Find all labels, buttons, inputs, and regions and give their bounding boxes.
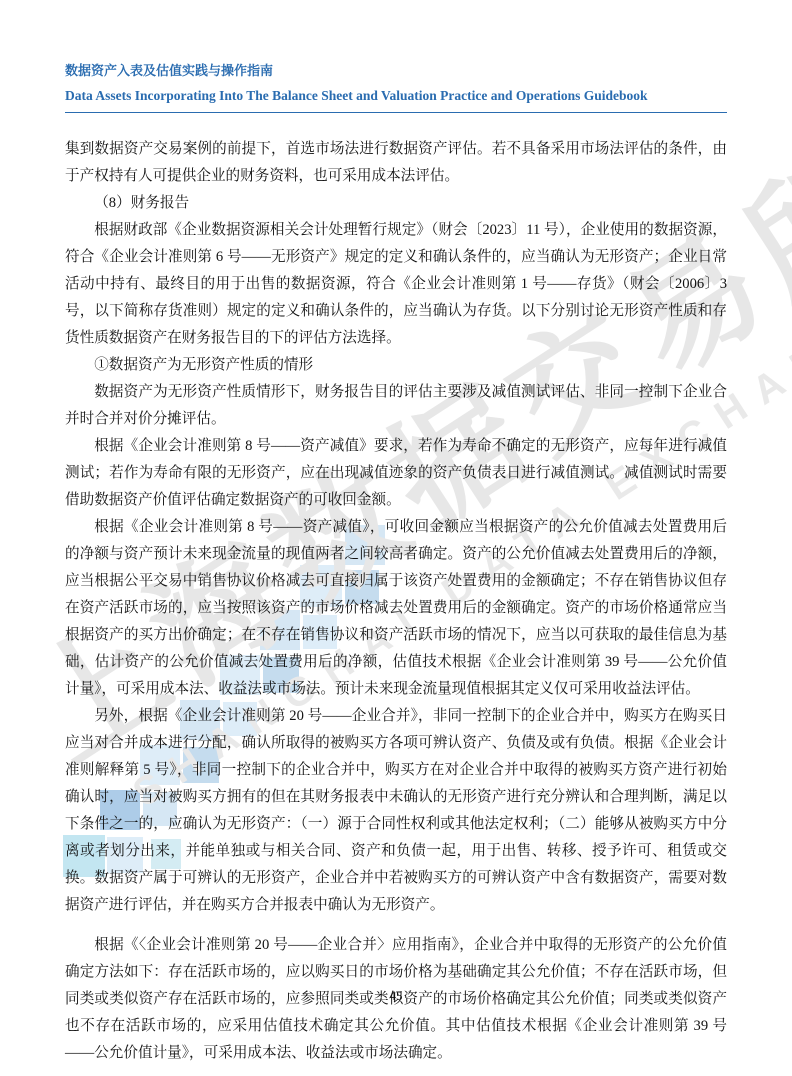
page-header: 数据资产入表及估值实践与操作指南 Data Assets Incorporati…	[65, 62, 727, 113]
paragraph: （8）财务报告	[65, 190, 727, 217]
paragraph: 集到数据资产交易案例的前提下，首选市场法进行数据资产评估。若不具备采用市场法评估…	[65, 136, 727, 190]
page-content: 数据资产入表及估值实践与操作指南 Data Assets Incorporati…	[65, 62, 727, 1067]
body-paragraphs: 集到数据资产交易案例的前提下，首选市场法进行数据资产评估。若不具备采用市场法评估…	[65, 136, 727, 1067]
document-page: 上海数据交易所 SHANGHAI DATA EXCHANGE 数据资产入表及估值…	[0, 0, 792, 1076]
page-footer: 45	[0, 988, 792, 1004]
paragraph: 数据资产为无形资产性质情形下，财务报告目的评估主要涉及减值测试评估、非同一控制下…	[65, 379, 727, 433]
header-title-zh: 数据资产入表及估值实践与操作指南	[65, 62, 727, 80]
page-number: 45	[390, 988, 403, 1003]
paragraph: 另外，根据《企业会计准则第 20 号——企业合并》，非同一控制下的企业合并中，购…	[65, 703, 727, 919]
paragraph: 根据财政部《企业数据资源相关会计处理暂行规定》（财会〔2023〕11 号），企业…	[65, 217, 727, 352]
paragraph: ①数据资产为无形资产性质的情形	[65, 352, 727, 379]
paragraph: 根据《企业会计准则第 8 号——资产减值》要求，若作为寿命不确定的无形资产，应每…	[65, 433, 727, 514]
header-title-en: Data Assets Incorporating Into The Balan…	[65, 87, 727, 105]
paragraph: 根据《企业会计准则第 8 号——资产减值》，可收回金额应当根据资产的公允价值减去…	[65, 514, 727, 703]
header-rule	[65, 112, 727, 113]
